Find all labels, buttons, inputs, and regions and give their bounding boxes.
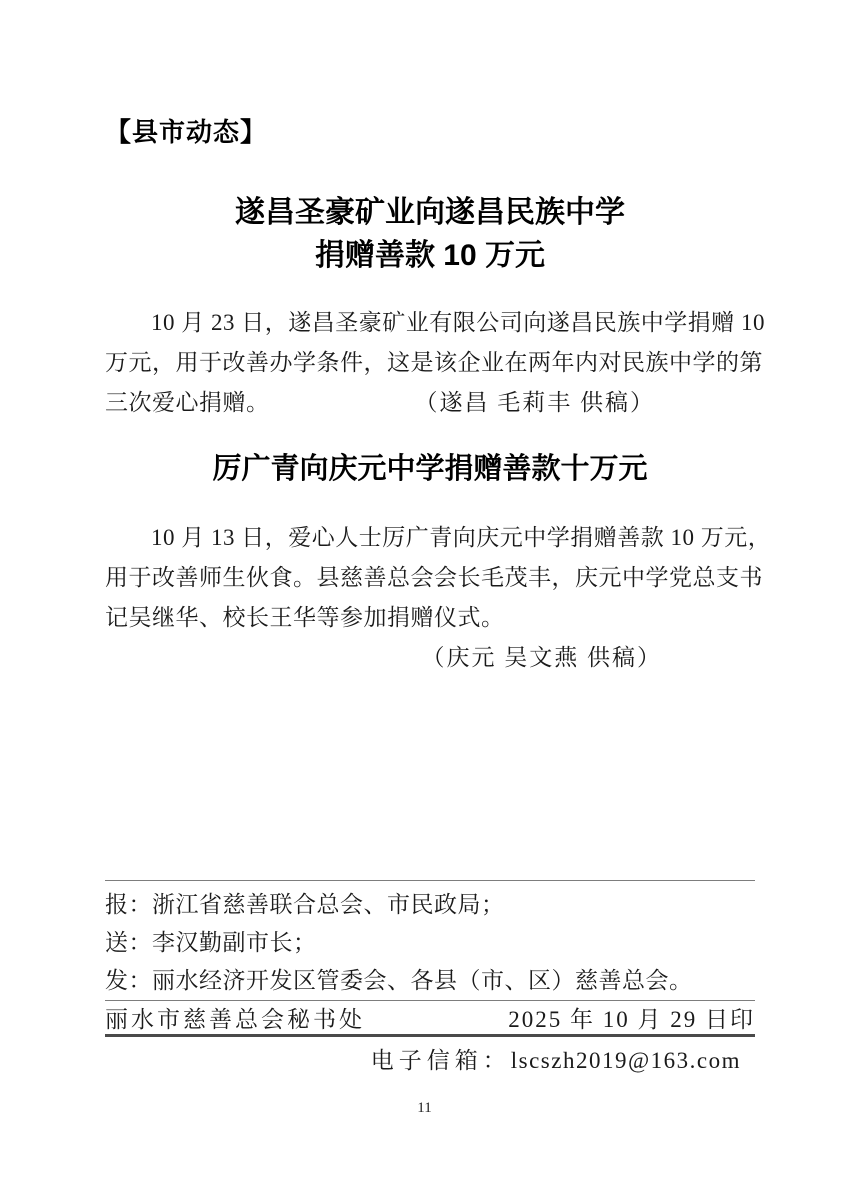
article1-body: 10 月 23 日，遂昌圣豪矿业有限公司向遂昌民族中学捐赠 10 万元，用于改善… — [105, 303, 755, 423]
article1-attribution: （遂昌 毛莉丰 供稿） — [415, 383, 656, 423]
print-date: 2025 年 10 月 29 日印 — [508, 1004, 755, 1036]
secretariat-row: 丽水市慈善总会秘书处 2025 年 10 月 29 日印 — [105, 1000, 755, 1037]
section-header: 【县市动态】 — [105, 116, 755, 148]
article2-title: 厉广青向庆元中学捐赠善款十万元 — [105, 448, 755, 491]
document-content: 【县市动态】 遂昌圣豪矿业向遂昌民族中学 捐赠善款 10 万元 10 月 23 … — [105, 0, 755, 1078]
article1-title: 遂昌圣豪矿业向遂昌民族中学 捐赠善款 10 万元 — [105, 191, 755, 277]
document-page: 【县市动态】 遂昌圣豪矿业向遂昌民族中学 捐赠善款 10 万元 10 月 23 … — [0, 0, 849, 1200]
page-number: 11 — [0, 1100, 849, 1117]
article1-body-line3-text: 三次爱心捐赠。 — [105, 383, 270, 423]
article2-body: 10 月 13 日，爱心人士厉广青向庆元中学捐赠善款 10 万元， 用于改善师生… — [105, 518, 755, 678]
article1-body-line3: 三次爱心捐赠。 （遂昌 毛莉丰 供稿） — [105, 383, 755, 423]
article1-body-line2: 万元，用于改善办学条件，这是该企业在两年内对民族中学的第 — [105, 343, 755, 383]
send-line: 送：李汉勤副市长； — [105, 924, 755, 962]
issue-line: 发：丽水经济开发区管委会、各县（市、区）慈善总会。 — [105, 962, 755, 1000]
secretariat-name: 丽水市慈善总会秘书处 — [105, 1004, 365, 1036]
article1-title-line2: 捐赠善款 10 万元 — [105, 234, 755, 277]
distribution-notes: 报：浙江省慈善联合总会、市民政局； 送：李汉勤副市长； 发：丽水经济开发区管委会… — [105, 880, 755, 1000]
email-label: 电子信箱： — [371, 1048, 511, 1073]
email-address: lscszh2019@163.com — [511, 1048, 741, 1073]
article2-body-line3: 记吴继华、校长王华等参加捐赠仪式。 — [105, 598, 755, 638]
email-row: 电子信箱：lscszh2019@163.com — [105, 1037, 755, 1078]
article2-body-line2: 用于改善师生伙食。县慈善总会会长毛茂丰，庆元中学党总支书 — [105, 558, 755, 598]
footer-block: 报：浙江省慈善联合总会、市民政局； 送：李汉勤副市长； 发：丽水经济开发区管委会… — [105, 880, 755, 1078]
article2-attribution: （庆元 吴文燕 供稿） — [422, 645, 663, 670]
report-line: 报：浙江省慈善联合总会、市民政局； — [105, 886, 755, 924]
article2-attribution-line: （庆元 吴文燕 供稿） — [105, 638, 755, 678]
article1-body-line1: 10 月 23 日，遂昌圣豪矿业有限公司向遂昌民族中学捐赠 10 — [105, 303, 755, 343]
article2-body-line1: 10 月 13 日，爱心人士厉广青向庆元中学捐赠善款 10 万元， — [105, 518, 755, 558]
article1-title-line1: 遂昌圣豪矿业向遂昌民族中学 — [105, 191, 755, 234]
